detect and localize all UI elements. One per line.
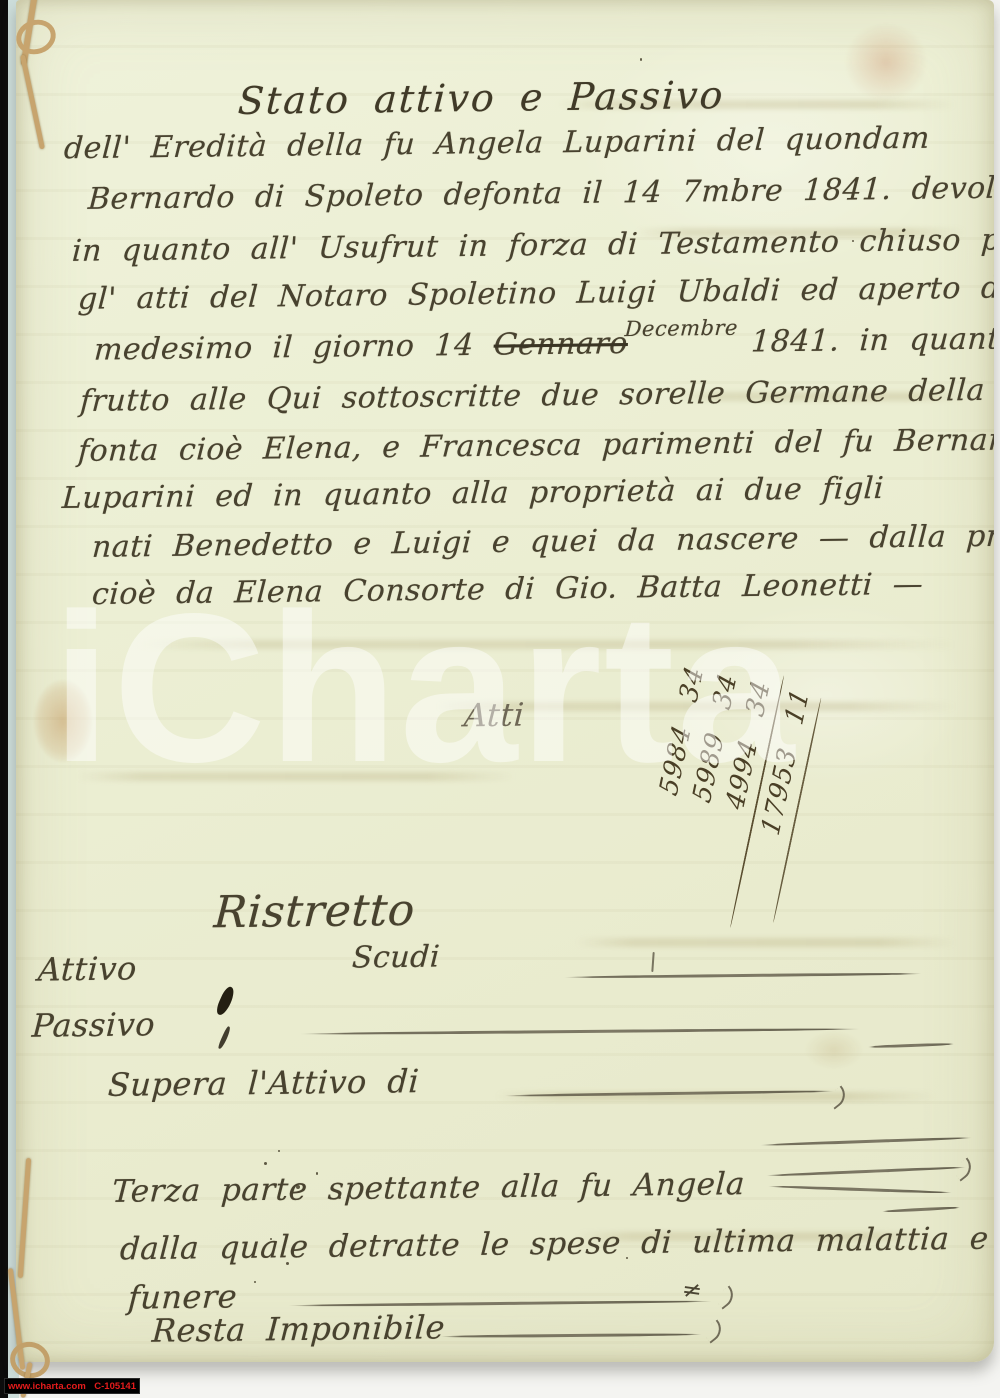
superscript-correction: Decembre [624,316,739,341]
attivo-label: Attivo [37,949,138,988]
correction-before: medesimo il giorno 14 [93,328,495,368]
resta-label: Resta Imponibile [151,1308,446,1350]
atti-label: Atti [463,696,526,735]
ink-speck [640,58,642,61]
ink-speck [254,1281,256,1283]
ink-bleed [576,938,956,947]
archive-site-label: www.icharta.com [8,1381,86,1392]
paper-stain [804,1030,864,1070]
scanned-document-scene: Stato attivo e Passivo dell' Eredità del… [0,0,1000,1398]
supera-label: Supera l'Attivo di [107,1062,420,1104]
struck-word: Gennaro [493,326,629,363]
passivo-label: Passivo [31,1005,156,1045]
correction-after: 1841. in quanto all' Usu [730,319,994,359]
document-title: Stato attivo e Passivo [237,73,726,123]
paper-stain [34,680,92,762]
archive-code-label: C-105141 [94,1381,136,1392]
ink-bleed [76,772,516,781]
currency-label: Scudi [351,939,441,975]
ink-speck [264,1162,267,1165]
archive-id-bar: www.icharta.com C-105141 [4,1378,140,1394]
hash-mark: ≠ [680,1275,704,1306]
manuscript-page: Stato attivo e Passivo dell' Eredità del… [16,0,994,1362]
ink-bleed [136,640,956,649]
scanner-edge-strip [0,0,8,1398]
ristretto-heading: Ristretto [213,885,417,938]
ink-speck [278,1150,280,1152]
paper-stain [844,22,928,102]
